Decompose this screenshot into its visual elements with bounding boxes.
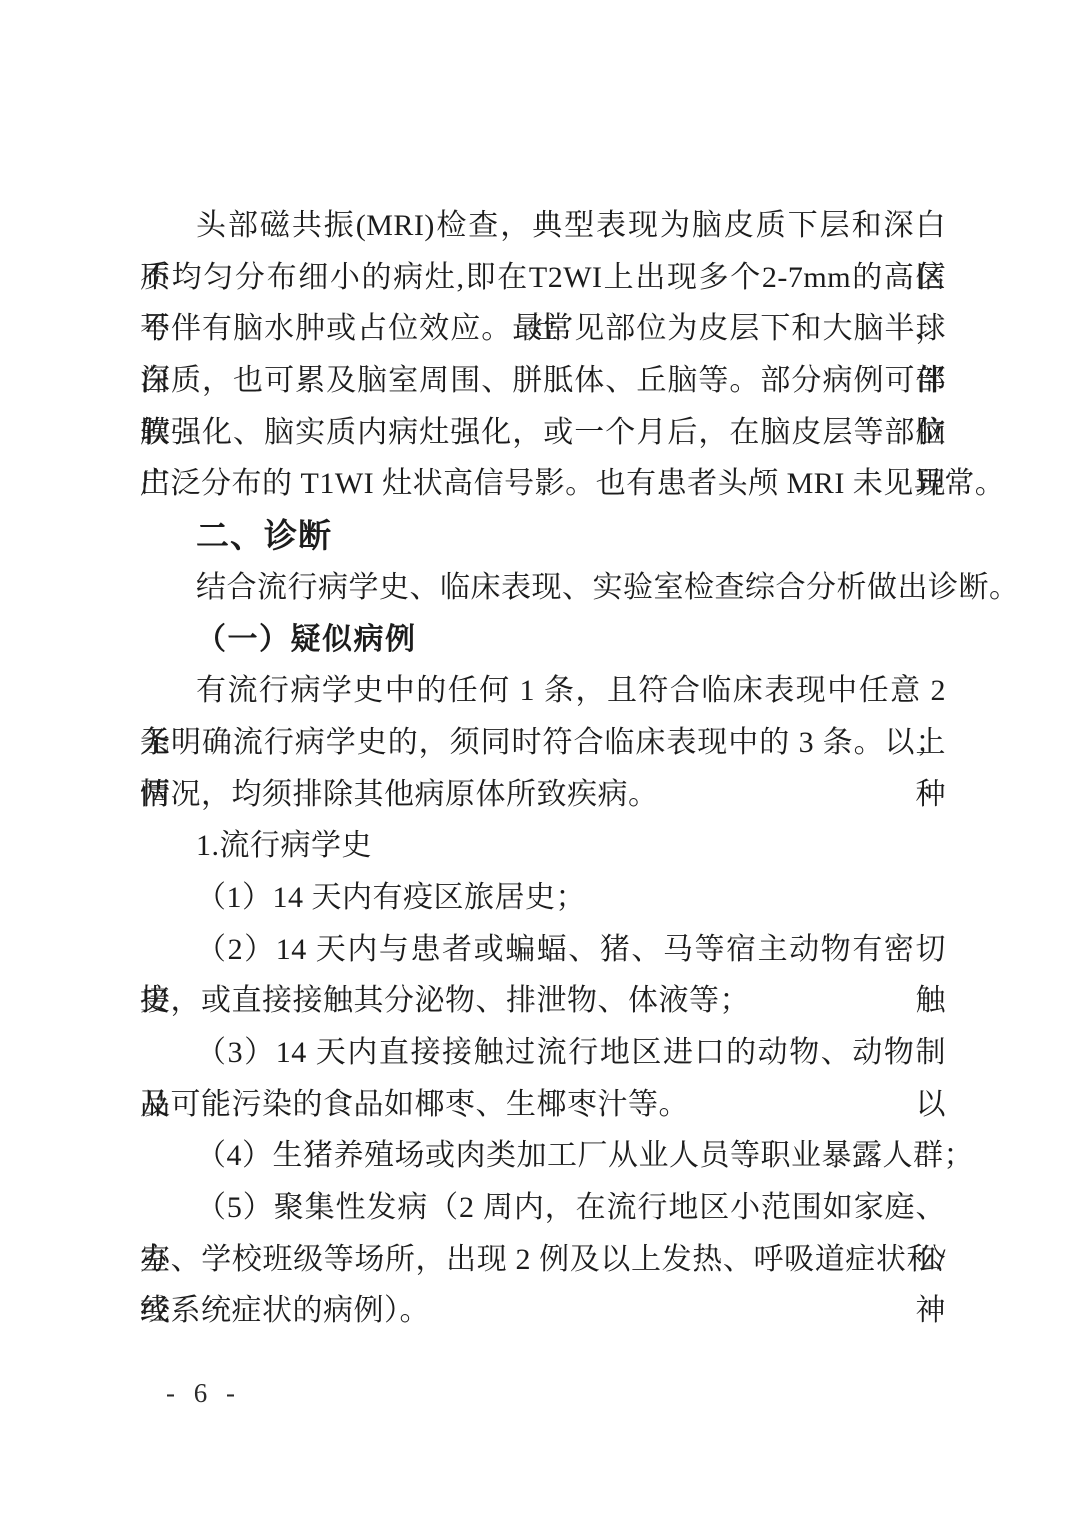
subsection-heading: （一）疑似病例 <box>140 614 946 666</box>
document-body: 头部磁共振(MRI)检查，典型表现为脑皮质下层和深白质区 不均匀分布细小的病灶,… <box>140 200 946 1337</box>
page-number: - 6 - <box>166 1378 241 1409</box>
list-item: （5）聚集性发病（2 周内，在流行地区小范围如家庭、办公 <box>140 1182 946 1234</box>
paragraph-line: 无明确流行病学史的，须同时符合临床表现中的 3 条。以上两种 <box>140 717 946 769</box>
list-heading: 1.流行病学史 <box>140 820 946 872</box>
paragraph-line: 不伴有脑水肿或占位效应。最常见部位为皮层下和大脑半球深部 <box>140 303 946 355</box>
paragraph-line: 结合流行病学史、临床表现、实验室检查综合分析做出诊断。 <box>140 562 946 614</box>
list-item: （2）14 天内与患者或蝙蝠、猪、马等宿主动物有密切接触 <box>140 924 946 976</box>
list-item: 室、学校班级等场所，出现 2 例及以上发热、呼吸道症状和/或神 <box>140 1234 946 1286</box>
list-item: （1）14 天内有疫区旅居史； <box>140 872 946 924</box>
paragraph-line: 广泛分布的 T1WI 灶状高信号影。也有患者头颅 MRI 未见异常。 <box>140 458 946 510</box>
document-page: 头部磁共振(MRI)检查，典型表现为脑皮质下层和深白质区 不均匀分布细小的病灶,… <box>0 0 1080 1527</box>
section-heading: 二、诊断 <box>140 510 946 562</box>
paragraph-line: 白质，也可累及脑室周围、胼胝体、丘脑等。部分病例可伴软脑 <box>140 355 946 407</box>
paragraph-line: 不均匀分布细小的病灶,即在T2WI上出现多个2-7mm的高信号灶， <box>140 252 946 304</box>
list-item: （4）生猪养殖场或肉类加工厂从业人员等职业暴露人群； <box>140 1130 946 1182</box>
paragraph-line: 有流行病学史中的任何 1 条，且符合临床表现中任意 2 条； <box>140 665 946 717</box>
paragraph-line: 头部磁共振(MRI)检查，典型表现为脑皮质下层和深白质区 <box>140 200 946 252</box>
paragraph-line: 膜强化、脑实质内病灶强化，或一个月后，在脑皮层等部位出现 <box>140 407 946 459</box>
list-item: （3）14 天内直接接触过流行地区进口的动物、动物制品以 <box>140 1027 946 1079</box>
